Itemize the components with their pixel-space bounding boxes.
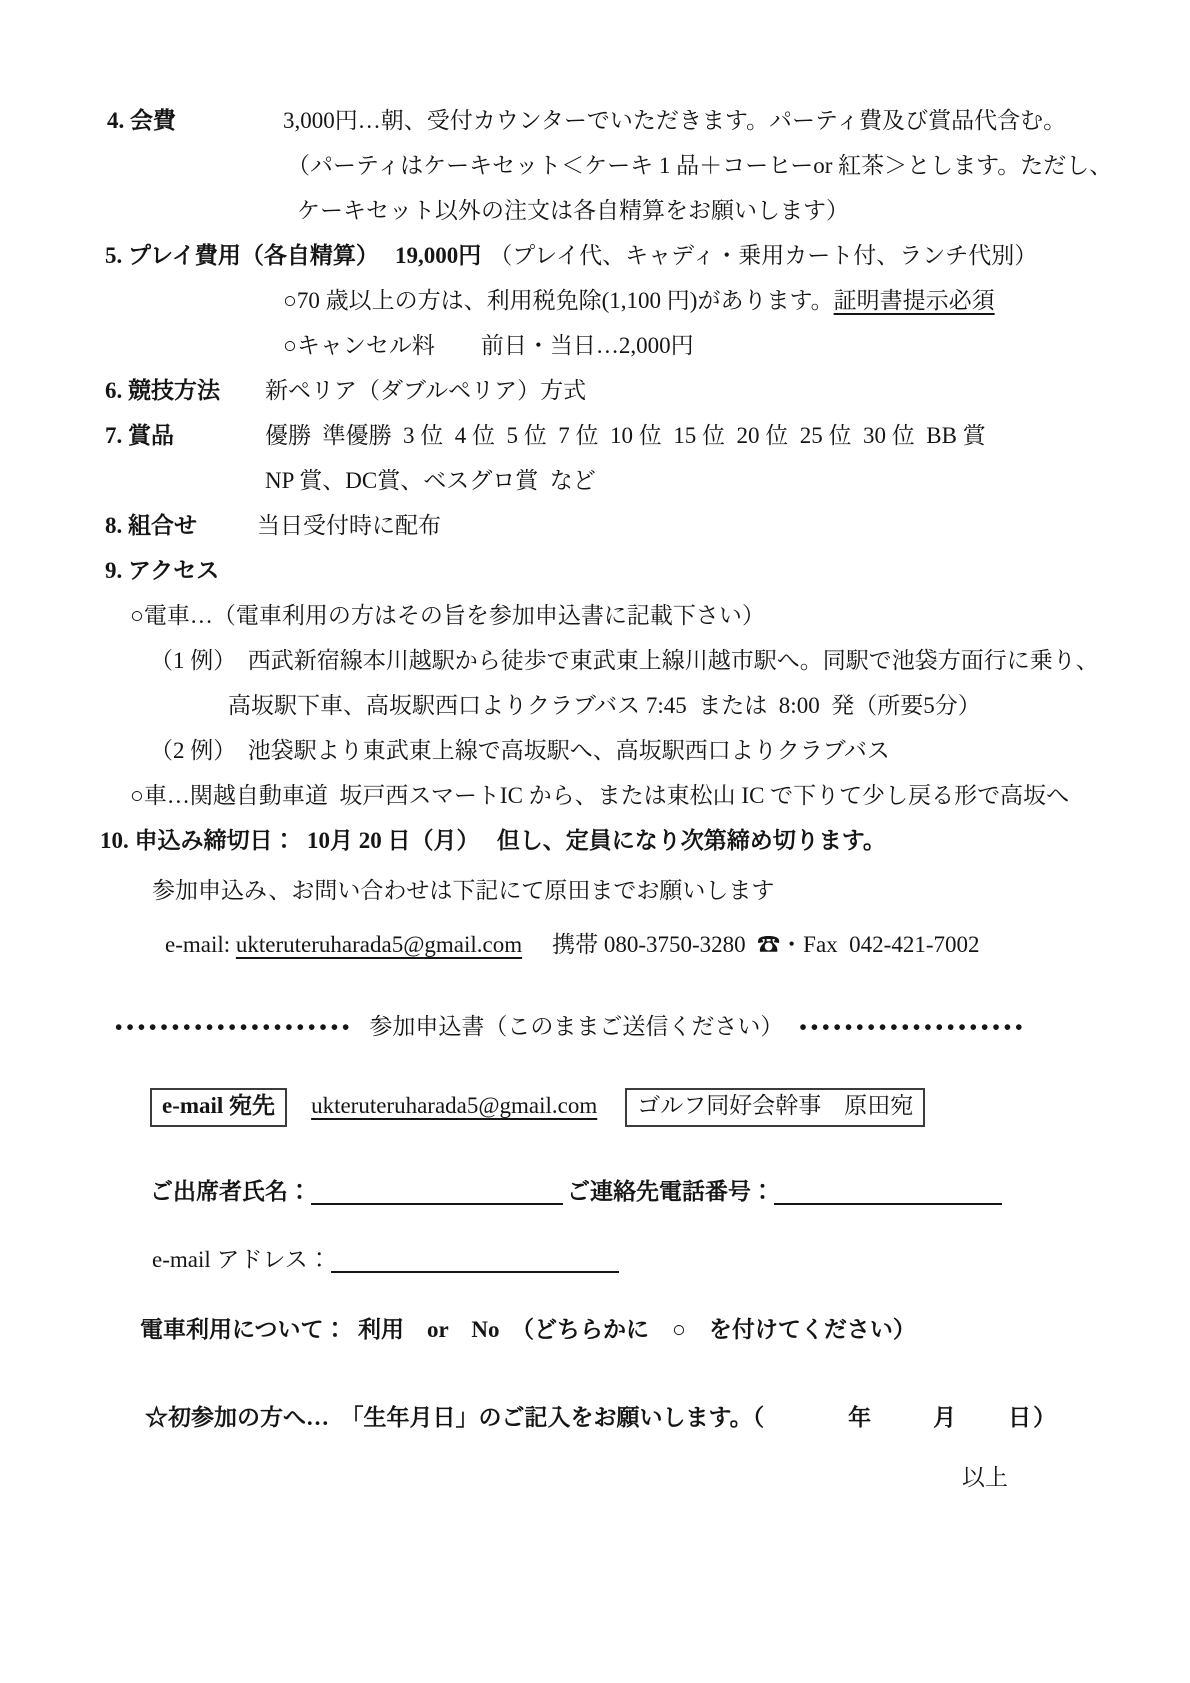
attendee-name-blank	[311, 1175, 563, 1205]
section4-note1: （パーティはケーキセット＜ケーキ 1 品＋コーヒーor 紅茶＞とします。ただし、	[0, 151, 1190, 181]
email-address-label: e-mail アドレス：	[152, 1247, 331, 1272]
section7-value: 優勝 準優勝 3 位 4 位 5 位 7 位 10 位 15 位 20 位 25…	[265, 423, 986, 448]
section9-label: 9. アクセス	[105, 558, 219, 583]
phone-number-blank	[774, 1175, 1002, 1205]
phone-number-label: ご連絡先電話番号：	[567, 1179, 774, 1204]
section4-fee-line: 4. 会費3,000円…朝、受付カウンターでいただきます。パーティ費及び賞品代含…	[0, 106, 1190, 136]
recipient-box: ゴルフ同好会幹事 原田宛	[625, 1088, 925, 1127]
email-address-blank	[331, 1243, 619, 1273]
contact-line: e-mail: ukteruteruharada5@gmail.com携帯 08…	[0, 930, 1190, 960]
section10-text: 10. 申込み締切日： 10月 20 日（月） 但し、定員になり次第締め切ります…	[100, 828, 886, 853]
closing-text: 以上	[962, 1465, 1008, 1490]
text-segment: ケーキセット以外の注文は各自精算をお願いします）	[297, 198, 849, 223]
section6-label: 6. 競技方法	[105, 376, 265, 406]
text-segment: NP 賞、DC賞、ベスグロ賞 など	[265, 468, 596, 493]
section5-tax-note: ○70 歳以上の方は、利用税免除(1,100 円)があります。証明書提示必須	[0, 286, 1190, 316]
contact-phone-fax: 携帯 080-3750-3280 ☎・Fax 042-421-7002	[552, 932, 979, 957]
year-label: 年	[848, 1405, 871, 1430]
text-segment: ○キャンセル料 前日・当日…2,000円	[283, 333, 694, 358]
section5-amount: 19,000円	[395, 243, 481, 268]
application-form-separator: •••••••••••••••••••••参加申込書（このままご送信ください）•…	[0, 1012, 1190, 1042]
section8-pairing-line: 8. 組合せ当日受付時に配布	[0, 511, 1190, 541]
form-email-row: e-mail アドレス：	[0, 1243, 1190, 1275]
access-car-line: ○車…関越自動車道 坂戸西スマートIC から、または東松山 IC で下りて少し戻…	[0, 781, 1190, 811]
form-birthdate-row: ☆初参加の方へ… 「生年月日」のご記入をお願いします。（年月日）	[0, 1403, 1190, 1433]
section6-value: 新ペリア（ダブルペリア）方式	[265, 378, 586, 403]
text-segment: ○電車…（電車利用の方はその旨を参加申込書に記載下さい）	[130, 603, 765, 628]
section5-playfee-line: 5. プレイ費用（各自精算）19,000円（プレイ代、キャディ・乗用カート付、ラ…	[0, 241, 1190, 271]
form-train-row: 電車利用について： 利用 or No （どちらかに ○ を付けてください）	[0, 1315, 1190, 1345]
contact-email-address: ukteruteruharada5@gmail.com	[236, 932, 522, 957]
text-segment: （2 例） 池袋駅より東武東上線で高坂駅へ、高坂駅西口よりクラブバス	[150, 738, 890, 763]
form-email-address: ukteruteruharada5@gmail.com	[311, 1093, 597, 1118]
access-train-example1b: 高坂駅下車、高坂駅西口よりクラブバス 7:45 または 8:00 発（所要5分）	[0, 691, 1190, 721]
document-body: 4. 会費3,000円…朝、受付カウンターでいただきます。パーティ費及び賞品代含…	[0, 0, 1190, 1493]
text-segment: （パーティはケーキセット＜ケーキ 1 品＋コーヒーor 紅茶＞とします。ただし、	[287, 153, 1112, 178]
text-segment: 参加申込み、お問い合わせは下記にて原田までお願いします	[152, 878, 774, 903]
section5-label: 5. プレイ費用（各自精算）	[105, 243, 379, 268]
section5-cancel-note: ○キャンセル料 前日・当日…2,000円	[0, 331, 1190, 361]
section6-method-line: 6. 競技方法新ペリア（ダブルペリア）方式	[0, 376, 1190, 406]
train-usage-text: 電車利用について： 利用 or No （どちらかに ○ を付けてください）	[140, 1317, 916, 1342]
access-train-example2: （2 例） 池袋駅より東武東上線で高坂駅へ、高坂駅西口よりクラブバス	[0, 736, 1190, 766]
text-segment: （1 例） 西武新宿線本川越駅から徒歩で東武東上線川越市駅へ。同駅で池袋方面行に…	[150, 648, 1099, 673]
access-train-example1a: （1 例） 西武新宿線本川越駅から徒歩で東武東上線川越市駅へ。同駅で池袋方面行に…	[0, 646, 1190, 676]
separator-dots-right: ••••••••••••••••••••	[799, 1015, 1026, 1039]
certificate-required-underlined: 証明書提示必須	[834, 288, 995, 313]
form-name-row: ご出席者氏名：ご連絡先電話番号：	[0, 1175, 1190, 1207]
access-train-line: ○電車…（電車利用の方はその旨を参加申込書に記載下さい）	[0, 601, 1190, 631]
text-segment: 高坂駅下車、高坂駅西口よりクラブバス 7:45 または 8:00 発（所要5分）	[228, 693, 981, 718]
section7-label: 7. 賞品	[105, 421, 265, 451]
email-to-box: e-mail 宛先	[150, 1088, 287, 1127]
contact-note-line: 参加申込み、お問い合わせは下記にて原田までお願いします	[0, 876, 1190, 906]
section7-prizes-line2: NP 賞、DC賞、ベスグロ賞 など	[0, 466, 1190, 496]
closing-line: 以上	[0, 1463, 1190, 1493]
closing-paren: ）	[1033, 1405, 1056, 1430]
form-header-row: e-mail 宛先ukteruteruharada5@gmail.comゴルフ同…	[0, 1088, 1190, 1127]
month-label: 月	[933, 1405, 956, 1430]
section7-prizes-line: 7. 賞品優勝 準優勝 3 位 4 位 5 位 7 位 10 位 15 位 20…	[0, 421, 1190, 451]
contact-email-label: e-mail:	[165, 932, 236, 957]
section5-detail: （プレイ代、キャディ・乗用カート付、ランチ代別）	[489, 243, 1037, 268]
day-label: 日	[1008, 1405, 1031, 1430]
separator-title: 参加申込書（このままご送信ください）	[369, 1014, 783, 1039]
document-page: 4. 会費3,000円…朝、受付カウンターでいただきます。パーティ費及び賞品代含…	[0, 0, 1190, 1683]
section8-label: 8. 組合せ	[105, 511, 257, 541]
section8-value: 当日受付時に配布	[257, 513, 441, 538]
separator-dots-left: •••••••••••••••••••••	[115, 1015, 353, 1039]
birthdate-request-text: ☆初参加の方へ… 「生年月日」のご記入をお願いします。（	[145, 1405, 764, 1430]
section9-access-heading: 9. アクセス	[0, 556, 1190, 586]
section4-note2: ケーキセット以外の注文は各自精算をお願いします）	[0, 196, 1190, 226]
section10-deadline-line: 10. 申込み締切日： 10月 20 日（月） 但し、定員になり次第締め切ります…	[0, 826, 1190, 856]
attendee-name-label: ご出席者氏名：	[150, 1179, 311, 1204]
section4-label: 4. 会費	[107, 106, 283, 136]
text-segment: ○車…関越自動車道 坂戸西スマートIC から、または東松山 IC で下りて少し戻…	[130, 783, 1069, 808]
text-segment: ○70 歳以上の方は、利用税免除(1,100 円)があります。	[283, 288, 834, 313]
section4-value: 3,000円…朝、受付カウンターでいただきます。パーティ費及び賞品代含む。	[283, 108, 1066, 133]
